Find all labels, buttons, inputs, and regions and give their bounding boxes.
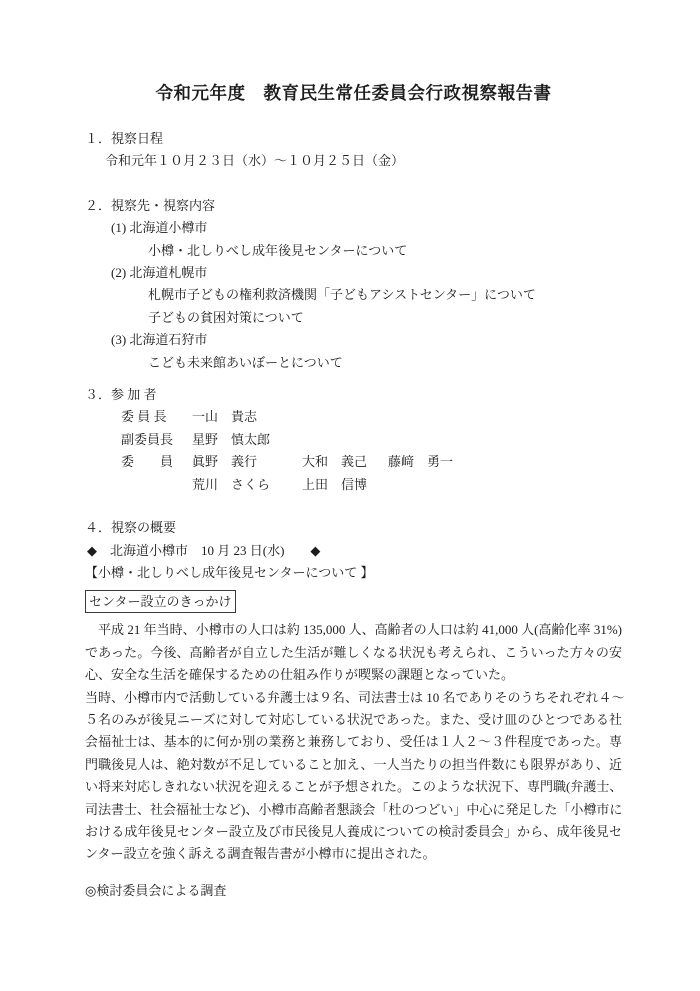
participant-row: 委 員 眞野 義行 大和 義己 藤﨑 勇一 — [121, 451, 622, 473]
destination-label: (1) 北海道小樽市 — [111, 217, 622, 239]
section-heading-schedule: １．視察日程 — [85, 128, 622, 150]
participant-role — [121, 474, 192, 496]
destination-topic: こども未来館あいぼーとについて — [148, 352, 622, 374]
participant-name: 上田 信博 — [302, 474, 388, 496]
schedule-dates: 令和元年１０月２３日（水）～１０月２５日（金） — [105, 150, 622, 172]
destination-topic: 小樽・北しりべし成年後見センターについて — [148, 240, 622, 262]
participant-row: 荒川 さくら 上田 信博 — [121, 474, 622, 496]
participant-name — [302, 406, 388, 428]
section-heading-destinations: ２．視察先・視察内容 — [85, 195, 622, 217]
page-title: 令和元年度 教育民生常任委員会行政視察報告書 — [85, 80, 622, 106]
survey-subheading: ◎検討委員会による調査 — [85, 880, 622, 902]
destination-label: (3) 北海道石狩市 — [111, 329, 622, 351]
participant-row: 委 員 長 一山 貴志 — [121, 406, 622, 428]
participant-row: 副委員長 星野 慎太郎 — [121, 429, 622, 451]
participant-role: 委 員 長 — [121, 406, 192, 428]
boxed-heading-wrap: センター設立のきっかけ — [85, 590, 622, 614]
destination-label: (2) 北海道札幌市 — [111, 262, 622, 284]
section-heading-participants: ３．参 加 者 — [85, 384, 622, 406]
destination-topic: 札幌市子どもの権利救済機関「子どもアシストセンター」について — [148, 284, 622, 306]
visit-topic-header: 【小樽・北しりべし成年後見センターについて 】 — [85, 562, 622, 584]
participant-name: 一山 貴志 — [192, 406, 302, 428]
paragraph-line: であった。今後、高齢者が自立した生活が難しくなる状況も考えられ、こういった方々の… — [85, 642, 622, 664]
destination-topic: 子どもの貧困対策について — [148, 307, 622, 329]
participant-name: 荒川 さくら — [192, 474, 302, 496]
paragraph-line: ５名のみが後見ニーズに対して対応している状況であった。また、受け皿のひとつである… — [85, 709, 622, 731]
overview-paragraph: 平成 21 年当時、小樽市の人口は約 135,000 人、高齢者の人口は約 41… — [85, 619, 622, 865]
participant-name: 星野 慎太郎 — [192, 429, 302, 451]
boxed-heading: センター設立のきっかけ — [85, 590, 236, 613]
participant-name — [302, 429, 388, 451]
paragraph-line: 会福祉士は、基本的に何か別の業務と兼務しており、受任は１人２～３件程度であった。… — [85, 731, 622, 753]
participant-name: 大和 義己 — [302, 451, 388, 473]
participant-role: 委 員 — [121, 451, 192, 473]
participant-role: 副委員長 — [121, 429, 192, 451]
paragraph-line: おける成年後見センター設立及び市民後見人養成についての検討委員会」から、成年後見… — [85, 821, 622, 843]
paragraph-line: 当時、小樽市内で活動している弁護士は９名、司法書士は 10 名でありそのうちそれ… — [85, 687, 622, 709]
paragraph-line: ンター設立を強く訴える調査報告書が小樽市に提出された。 — [85, 843, 622, 865]
report-page: 令和元年度 教育民生常任委員会行政視察報告書 １．視察日程 令和元年１０月２３日… — [0, 0, 700, 991]
paragraph-line: 司法書士、社会福祉士など)、小樽市高齢者懇談会「杜のつどい」中心に発足した「小樽… — [85, 799, 622, 821]
section-heading-overview: ４．視察の概要 — [85, 517, 622, 539]
participant-name: 眞野 義行 — [192, 451, 302, 473]
visit-header: ◆ 北海道小樽市 10 月 23 日(水) ◆ — [87, 540, 622, 562]
paragraph-line: 門職後見人は、絶対数が不足していること加え、一人当たりの担当件数にも限界があり、… — [85, 754, 622, 776]
participant-name: 藤﨑 勇一 — [388, 451, 453, 473]
paragraph-line: い将来対応しきれない状況を迎えることが予想された。このような状況下、専門職(弁護… — [85, 776, 622, 798]
paragraph-line: 平成 21 年当時、小樽市の人口は約 135,000 人、高齢者の人口は約 41… — [85, 619, 622, 641]
paragraph-line: 心、安全な生活を確保するための仕組み作りが喫緊の課題となっていた。 — [85, 664, 622, 686]
